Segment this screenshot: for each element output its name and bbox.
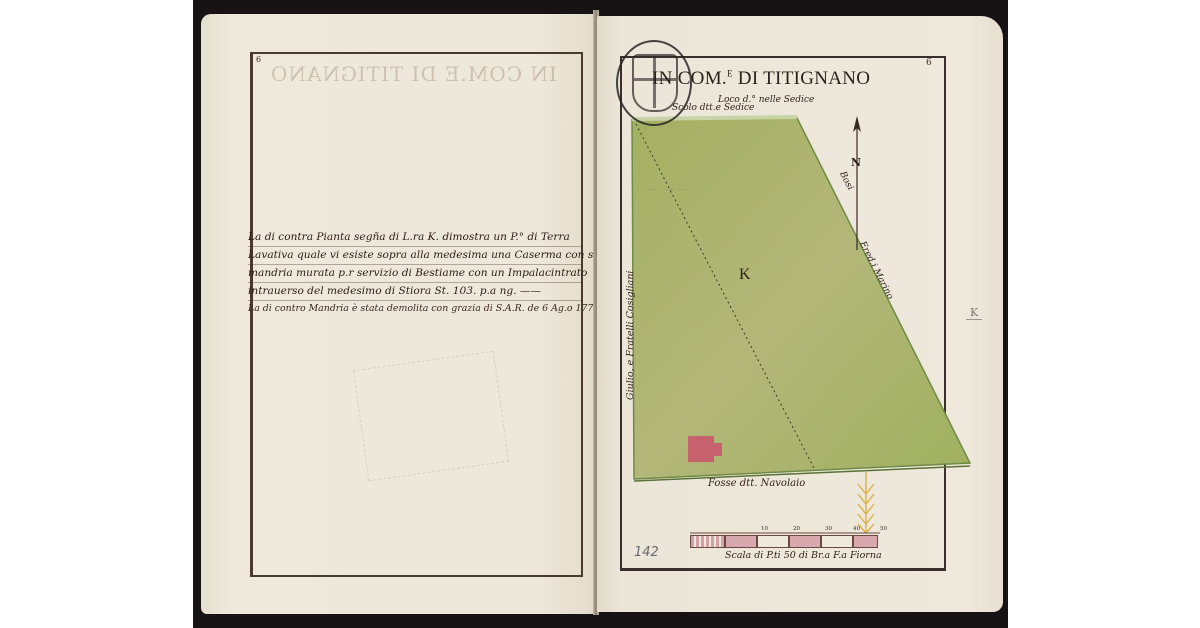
south-boundary-label: Fosse dtt. Navolaio [708,478,805,489]
scale-tick: 30 [825,526,832,532]
scale-caption: Scala di P.ti 50 di Br.a F.a Fiorna [725,550,882,561]
map-title: IN COM.E DI TITIGNANO [652,68,870,90]
tree-symbol-icon [858,472,874,533]
margin-mark: K [966,306,982,320]
title-prefix: IN COM. [652,68,727,89]
compass-north-label: N [851,156,861,169]
page-corner-number: 6 [926,58,932,68]
scale-segment [725,535,757,548]
building-caserma [688,436,714,462]
scale-tick: 50 [880,526,887,532]
building-annex [714,443,722,456]
parcel-map [0,0,1200,628]
parcel-k-shape [632,118,970,479]
title-suffix: DI TITIGNANO [733,68,871,89]
folio-number: 142 [634,545,659,560]
west-boundary-label: Giulio, e Fratelli Cosigliani [625,271,636,400]
scale-subdivisions [690,535,725,548]
north-boundary-label: Scolo dtt.e Sedice [672,103,754,113]
scale-tick: 20 [793,526,800,532]
plot-k-label: K [739,266,751,284]
scale-tick: 40 [853,526,860,532]
scale-segment [821,535,853,548]
bleed-through-text-upper: — — · — · · [636,185,686,195]
scale-segment [789,535,821,548]
scale-segment [853,535,878,548]
scale-tick: 10 [761,526,768,532]
scale-bar [690,535,878,549]
scale-segment [757,535,789,548]
